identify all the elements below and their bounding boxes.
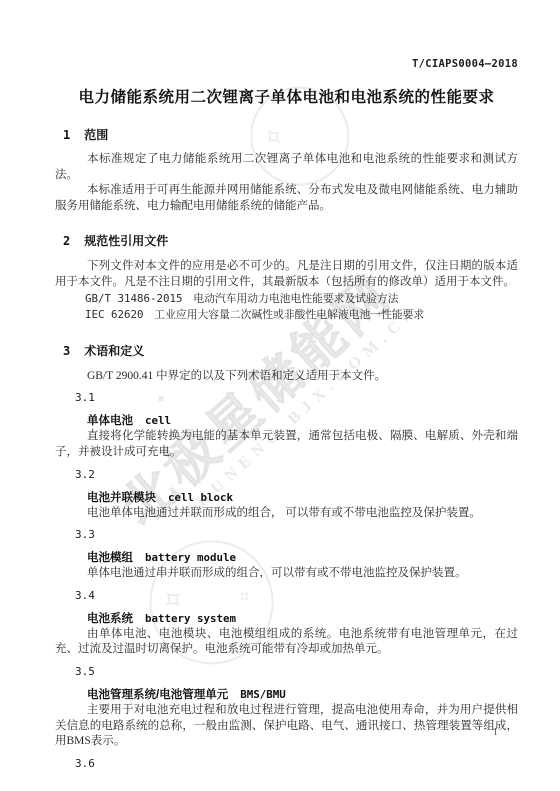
- term-definition: 由单体电池、电池模块、电池模组组成的系统。电池系统带有电池管理单元，在过充、过流…: [55, 627, 518, 658]
- term-3-2: 3.2 电池并联模块cell block 电池单体电池通过并联而形成的组合， 可…: [55, 468, 518, 522]
- paragraph-scope-1: 本标准规定了电力储能系统用二次锂离子单体电池和电池系统的性能要求和测试方法。: [55, 152, 518, 183]
- term-3-4: 3.4 电池系统battery system 由单体电池、电池模块、电池模组组成…: [55, 589, 518, 658]
- term-name-cn: 电池模组: [87, 552, 133, 564]
- section-heading-normative-references: 2规范性引用文件: [63, 234, 518, 248]
- term-title: 电池管理系统/电池管理单元BMS/BMU: [87, 687, 518, 703]
- section-number: 3: [63, 344, 70, 358]
- term-number: 3.6: [75, 757, 518, 771]
- section-heading-scope: 1范围: [63, 128, 518, 142]
- term-name-en: cell: [145, 414, 171, 427]
- term-3-5: 3.5 电池管理系统/电池管理单元BMS/BMU 主要用于对电池充电过程和放电过…: [55, 665, 518, 750]
- term-number: 3.2: [75, 468, 518, 482]
- term-3-1: 3.1 单体电池cell 直接将化学能转换为电能的基本单元装置，通常包括电极、隔…: [55, 391, 518, 460]
- term-title: 电池系统battery system: [87, 611, 518, 627]
- term-number: 3.1: [75, 391, 518, 405]
- section-heading-terms-definitions: 3术语和定义: [63, 344, 518, 358]
- term-number: 3.4: [75, 589, 518, 603]
- reference-item: IEC 62620 工业应用大容量二次碱性或非酸性电解液电池一性能要求: [55, 307, 518, 324]
- term-name-cn: 电池并联模块: [87, 492, 156, 504]
- term-name-cn: 电池系统: [87, 613, 133, 625]
- term-definition: 电池单体电池通过并联而形成的组合， 可以带有或不带电池监控及保护装置。: [55, 506, 518, 522]
- paragraph-references-intro: 下列文件对本文件的应用是必不可少的。凡是注日期的引用文件，仅注日期的版本适用于本…: [55, 259, 518, 290]
- page-content: T/CIAPS0004—2018 电力储能系统用二次锂离子单体电池和电池系统的性…: [55, 0, 518, 771]
- term-definition: 单体电池通过串并联而形成的组合，可以带有或不带电池监控及保护装置。: [55, 566, 518, 582]
- reference-text: IEC 62620 工业应用大容量二次碱性或非酸性电解液电池一性能要求: [85, 308, 424, 321]
- term-3-3: 3.3 电池模组battery module 单体电池通过串并联而形成的组合，可…: [55, 528, 518, 582]
- paragraph-terms-intro: GB/T 2900.41 中界定的以及下列术语和定义适用于本文件。: [55, 369, 518, 385]
- term-name-en: battery system: [145, 612, 236, 625]
- term-number: 3.3: [75, 528, 518, 542]
- document-page: ✧ ✧ ✧ ✦ 北极星储能网 CHUNENG.BJX.COM.CN T/CIAP…: [0, 0, 560, 791]
- term-name-cn: 单体电池: [87, 415, 133, 427]
- section-number: 2: [63, 234, 70, 248]
- section-number: 1: [63, 128, 70, 142]
- term-title: 电池模组battery module: [87, 550, 518, 566]
- section-label: 范围: [84, 128, 108, 142]
- term-title: 电池并联模块cell block: [87, 490, 518, 506]
- paragraph-scope-2: 本标准适用于可再生能源并网用储能系统、分布式发电及微电网储能系统、电力辅助服务用…: [55, 183, 518, 214]
- term-definition: 直接将化学能转换为电能的基本单元装置，通常包括电极、隔膜、电解质、外壳和端子，并…: [55, 429, 518, 460]
- standard-number: T/CIAPS0004—2018: [55, 58, 518, 71]
- document-title: 电力储能系统用二次锂离子单体电池和电池系统的性能要求: [55, 87, 518, 108]
- term-title: 单体电池cell: [87, 413, 518, 429]
- term-definition: 主要用于对电池充电过程和放电过程进行管理，提高电池使用寿命，并为用户提供相关信息…: [55, 703, 518, 750]
- term-3-6: 3.6: [55, 757, 518, 771]
- section-label: 术语和定义: [84, 344, 144, 358]
- term-name-en: BMS/BMU: [240, 688, 286, 701]
- reference-text: GB/T 31486-2015 电动汽车用动力电池电性能要求及试验方法: [85, 292, 398, 305]
- term-name-en: cell block: [168, 491, 233, 504]
- term-name-cn: 电池管理系统/电池管理单元: [87, 689, 228, 701]
- term-number: 3.5: [75, 665, 518, 679]
- reference-item: GB/T 31486-2015 电动汽车用动力电池电性能要求及试验方法: [55, 291, 518, 308]
- section-label: 规范性引用文件: [84, 234, 168, 248]
- term-name-en: battery module: [145, 551, 236, 564]
